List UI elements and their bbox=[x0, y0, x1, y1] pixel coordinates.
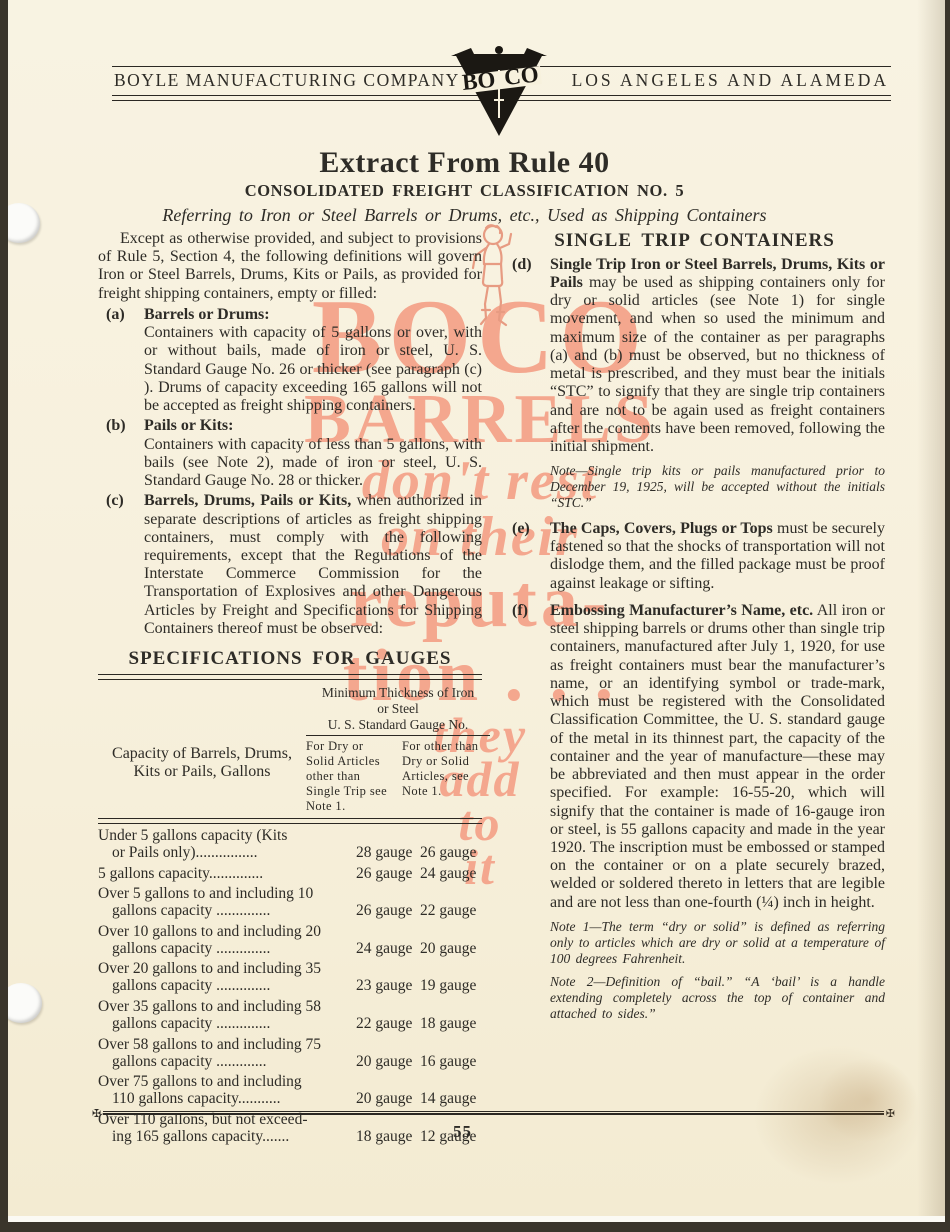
company-name: BOYLE MANUFACTURING COMPANY bbox=[114, 70, 460, 91]
clause-f: (f) Embossing Manufacturer’s Name, etc. … bbox=[504, 602, 885, 912]
gauge-value: 26 gauge bbox=[356, 865, 420, 882]
single-trip-heading: SINGLE TRIP CONTAINERS bbox=[504, 230, 885, 252]
clause-body: Barrels, Drums, Pails or Kits, when auth… bbox=[144, 492, 482, 638]
location-text: LOS ANGELES AND ALAMEDA bbox=[572, 70, 889, 91]
row-label: gallons capacity .............. bbox=[98, 1015, 356, 1032]
clause-marker: (b) bbox=[106, 417, 126, 435]
group-header-line: Minimum Thickness of Iron bbox=[306, 685, 490, 701]
table-row: Under 5 gallons capacity (Kitsor Pails o… bbox=[98, 827, 482, 861]
gauge-value: 26 gauge bbox=[356, 902, 420, 919]
clause-lead: Barrels, Drums, Pails or Kits, bbox=[144, 492, 351, 509]
note-1: Note 1—The term “dry or solid” is define… bbox=[504, 919, 885, 967]
gauge-value: 18 gauge bbox=[420, 1015, 482, 1032]
clause-d: (d) Single Trip Iron or Steel Barrels, D… bbox=[504, 256, 885, 457]
clause-body: Containers with capacity of 5 gallons or… bbox=[144, 324, 482, 415]
gauge-value: 22 gauge bbox=[356, 1015, 420, 1032]
boco-logo: BO CO bbox=[449, 40, 549, 144]
row-label: Over 10 gallons to and including 20 bbox=[98, 923, 356, 940]
clause-c: (c) Barrels, Drums, Pails or Kits, when … bbox=[98, 492, 482, 638]
clause-marker: (e) bbox=[512, 520, 530, 538]
note-text: Note—Single trip kits or pails manufactu… bbox=[550, 463, 885, 511]
table-row: 5 gallons capacity.............. 26 gaug… bbox=[98, 865, 482, 882]
row-label: gallons capacity ............. bbox=[98, 1053, 356, 1070]
gauge-table: Capacity of Barrels, Drums, Kits or Pail… bbox=[98, 674, 482, 1145]
row-label: Over 35 gallons to and including 58 bbox=[98, 998, 356, 1015]
row-label: Over 75 gallons to and including bbox=[98, 1073, 356, 1090]
row-label: 110 gallons capacity........... bbox=[98, 1090, 356, 1107]
clause-marker: (d) bbox=[512, 256, 532, 274]
table-row: Over 10 gallons to and including 20gallo… bbox=[98, 923, 482, 957]
page-under-sheet bbox=[8, 1216, 945, 1222]
page-title: Extract From Rule 40 bbox=[8, 146, 921, 180]
logo-letters-left: BO bbox=[461, 67, 497, 95]
gauge-value: 16 gauge bbox=[420, 1053, 482, 1070]
clause-lead: The Caps, Covers, Plugs or Tops bbox=[550, 520, 773, 537]
gauge-section-heading: SPECIFICATIONS FOR GAUGES bbox=[98, 648, 482, 670]
table-row: Over 75 gallons to and including110 gall… bbox=[98, 1073, 482, 1107]
gauge-value: 23 gauge bbox=[356, 977, 420, 994]
page-subtitle: CONSOLIDATED FREIGHT CLASSIFICATION NO. … bbox=[8, 181, 921, 201]
gauge-value: 20 gauge bbox=[420, 940, 482, 957]
punch-hole bbox=[8, 983, 42, 1023]
row-label: 5 gallons capacity.............. bbox=[98, 865, 356, 882]
group-header-line: U. S. Standard Gauge No. bbox=[306, 717, 490, 733]
clause-marker: (a) bbox=[106, 306, 125, 324]
row-label: Over 20 gallons to and including 35 bbox=[98, 960, 356, 977]
rule-ornament-left: ✠ bbox=[92, 1108, 101, 1119]
page-edge-shadow bbox=[917, 0, 945, 1216]
table-top-rule bbox=[98, 674, 482, 680]
row-label: Over 5 gallons to and including 10 bbox=[98, 885, 356, 902]
table-header-rule bbox=[98, 818, 482, 824]
table-row: Over 20 gallons to and including 35gallo… bbox=[98, 960, 482, 994]
single-trip-note: Note—Single trip kits or pails manufactu… bbox=[504, 463, 885, 511]
intro-paragraph: Except as otherwise provided, and subjec… bbox=[98, 230, 482, 303]
clause-a: (a) Barrels or Drums: Containers with ca… bbox=[98, 306, 482, 415]
scanned-page: BOCO BARRELS don't rest on their reputa-… bbox=[8, 0, 945, 1216]
row-label: Over 58 gallons to and including 75 bbox=[98, 1036, 356, 1053]
clause-body: Embossing Manufacturer’s Name, etc. All … bbox=[550, 602, 885, 912]
table-row: Over 35 gallons to and including 58gallo… bbox=[98, 998, 482, 1032]
clause-text: All iron or steel shipping barrels or dr… bbox=[550, 602, 885, 911]
left-column: Except as otherwise provided, and subjec… bbox=[98, 230, 482, 1145]
gauge-value: 24 gauge bbox=[420, 865, 482, 882]
row-label: gallons capacity .............. bbox=[98, 940, 356, 957]
row-label: Under 5 gallons capacity (Kits bbox=[98, 827, 356, 844]
clause-body: Single Trip Iron or Steel Barrels, Drums… bbox=[550, 256, 885, 457]
table-row: Over 58 gallons to and including 75gallo… bbox=[98, 1036, 482, 1070]
group-header-line: or Steel bbox=[306, 701, 490, 717]
clause-body: Containers with capacity of less than 5 … bbox=[144, 436, 482, 491]
logo-letters-right: CO bbox=[503, 62, 540, 90]
clause-b: (b) Pails or Kits: Containers with capac… bbox=[98, 417, 482, 490]
capacity-column-header: Capacity of Barrels, Drums, Kits or Pail… bbox=[98, 683, 306, 818]
clause-title: Pails or Kits: bbox=[144, 417, 482, 435]
gauge-value: 20 gauge bbox=[356, 1053, 420, 1070]
clause-marker: (f) bbox=[512, 602, 528, 620]
title-block: Extract From Rule 40 CONSOLIDATED FREIGH… bbox=[8, 146, 921, 226]
row-label: gallons capacity .............. bbox=[98, 902, 356, 919]
row-label: gallons capacity .............. bbox=[98, 977, 356, 994]
row-label: or Pails only)................ bbox=[98, 844, 356, 861]
gauge-value: 22 gauge bbox=[420, 902, 482, 919]
gauge-value: 28 gauge bbox=[356, 844, 420, 861]
clause-e: (e) The Caps, Covers, Plugs or Tops must… bbox=[504, 520, 885, 593]
gauge-value: 19 gauge bbox=[420, 977, 482, 994]
table-row: Over 5 gallons to and including 10gallon… bbox=[98, 885, 482, 919]
gauge-group-header: Minimum Thickness of Iron or Steel U. S.… bbox=[306, 683, 490, 736]
clause-text: may be used as shipping containers only … bbox=[550, 274, 885, 455]
gauge-col2-header: For other than Dry or Solid Articles, se… bbox=[402, 739, 490, 814]
clause-body: The Caps, Covers, Plugs or Tops must be … bbox=[550, 520, 885, 593]
clause-lead: Embossing Manufacturer’s Name, etc. bbox=[550, 602, 813, 619]
note-text: Note 1—The term “dry or solid” is define… bbox=[550, 919, 885, 967]
clause-marker: (c) bbox=[106, 492, 124, 510]
gauge-value: 26 gauge bbox=[420, 844, 482, 861]
right-column: SINGLE TRIP CONTAINERS (d) Single Trip I… bbox=[504, 230, 885, 1145]
gauge-value: 24 gauge bbox=[356, 940, 420, 957]
gauge-value: 14 gauge bbox=[420, 1090, 482, 1107]
gauge-col1-header: For Dry or Solid Articles other than Sin… bbox=[306, 739, 394, 814]
gauge-value: 20 gauge bbox=[356, 1090, 420, 1107]
clause-text: when authorized in separate descriptions… bbox=[144, 492, 482, 637]
page-tagline: Referring to Iron or Steel Barrels or Dr… bbox=[8, 205, 921, 226]
clause-title: Barrels or Drums: bbox=[144, 306, 482, 324]
